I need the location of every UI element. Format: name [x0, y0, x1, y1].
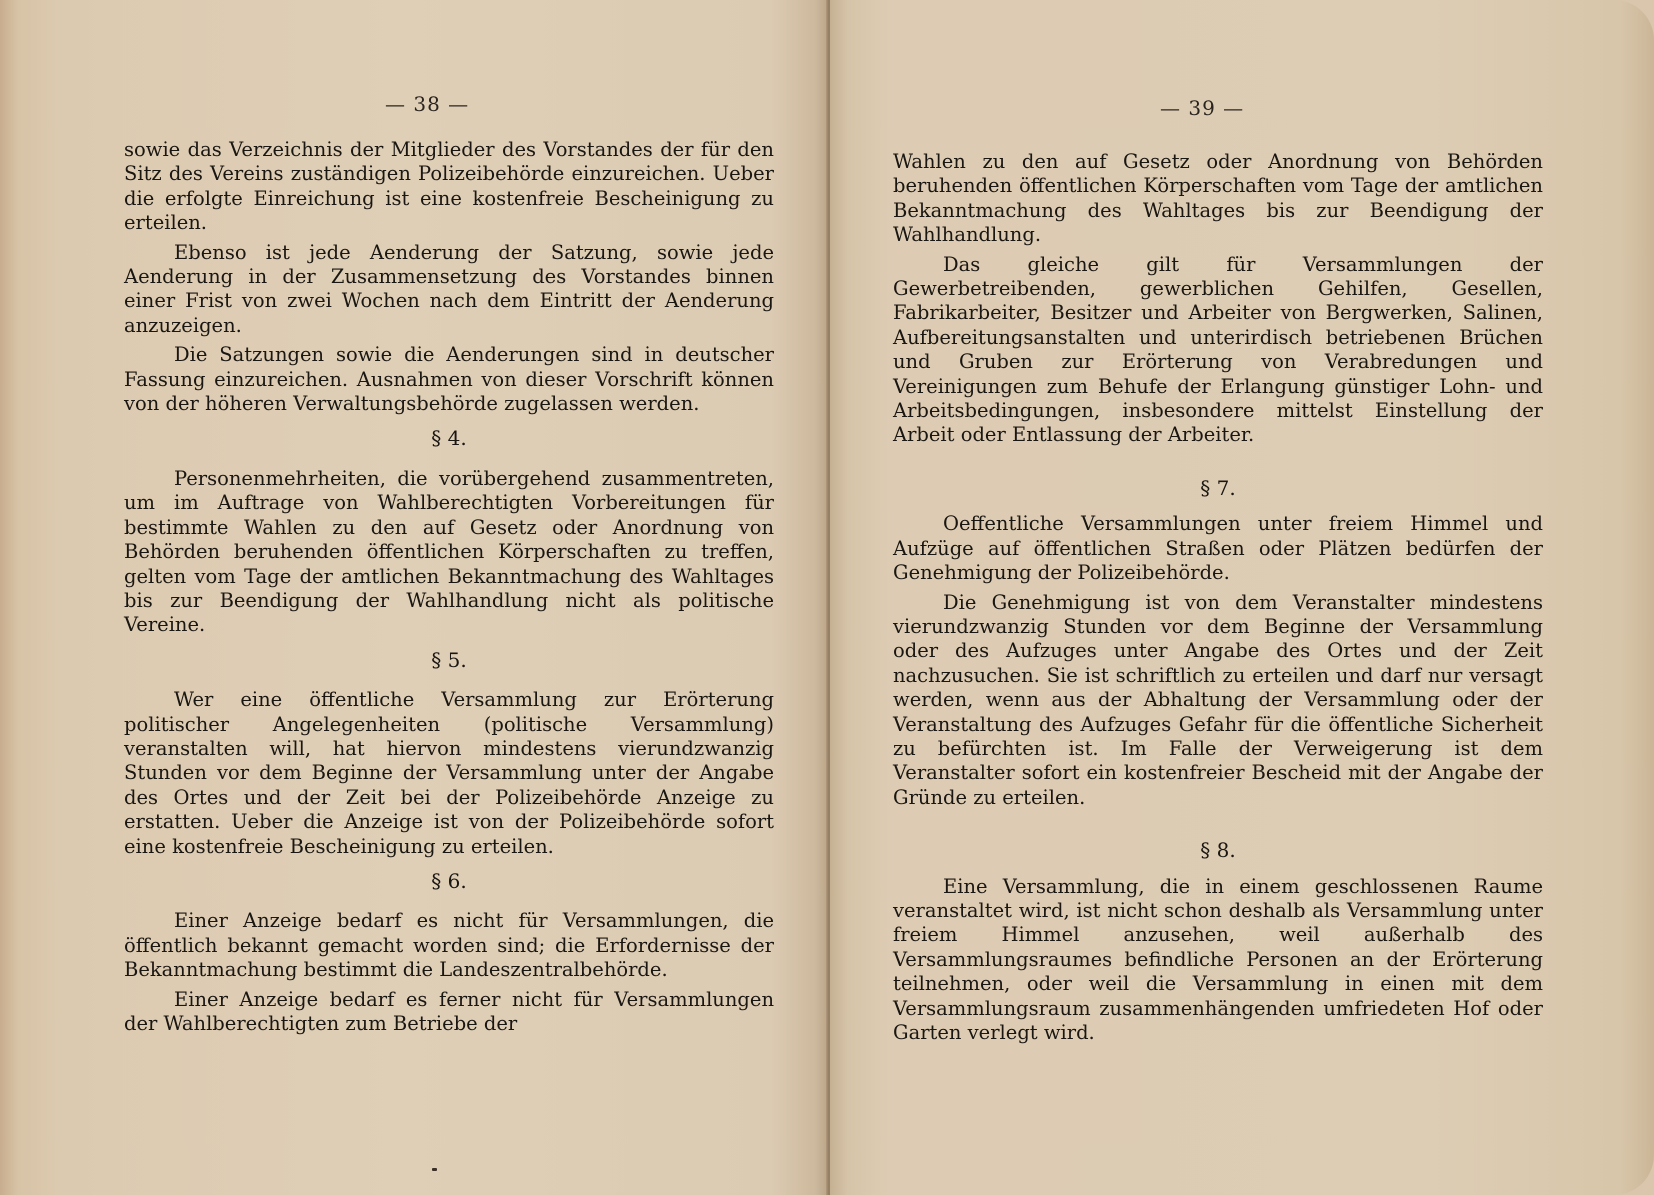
section-heading-7: § 7.: [893, 476, 1543, 500]
section-heading-6: § 6.: [124, 869, 774, 893]
right-page-text-column: Wahlen zu den auf Gesetz oder Anordnung …: [893, 150, 1543, 1045]
paragraph: Eine Versammlung, die in einem geschloss…: [893, 875, 1543, 1046]
paragraph: Das gleiche gilt für Versammlungen der G…: [893, 253, 1543, 448]
paragraph: Die Genehmigung ist von dem Veranstalter…: [893, 591, 1543, 811]
paragraph: Einer Anzeige bedarf es ferner nicht für…: [124, 988, 774, 1037]
paragraph: Die Satzungen sowie die Aenderungen sind…: [124, 343, 774, 416]
left-page: — 38 — sowie das Verzeichnis der Mitglie…: [0, 0, 830, 1195]
paragraph: Wahlen zu den auf Gesetz oder Anordnung …: [893, 150, 1543, 248]
paragraph: Ebenso ist jede Aenderung der Satzung, s…: [124, 241, 774, 339]
section-heading-4: § 4.: [124, 426, 774, 450]
paragraph: Einer Anzeige bedarf es nicht für Versam…: [124, 909, 774, 982]
paragraph: Oeffentliche Versammlungen unter freiem …: [893, 512, 1543, 585]
paragraph: Wer eine öffentliche Versammlung zur Erö…: [124, 688, 774, 859]
section-heading-5: § 5.: [124, 648, 774, 672]
book-spread: — 38 — sowie das Verzeichnis der Mitglie…: [0, 0, 1654, 1195]
section-heading-8: § 8.: [893, 838, 1543, 862]
printer-mark: [432, 1168, 437, 1171]
page-number-39: — 39 —: [1160, 96, 1244, 120]
right-page: — 39 — Wahlen zu den auf Gesetz oder Ano…: [830, 0, 1654, 1195]
paragraph: Personenmehrheiten, die vorübergehend zu…: [124, 467, 774, 638]
page-number-38: — 38 —: [385, 92, 469, 116]
paragraph: sowie das Verzeichnis der Mitglieder des…: [124, 138, 774, 236]
left-page-text-column: sowie das Verzeichnis der Mitglieder des…: [124, 138, 774, 1036]
